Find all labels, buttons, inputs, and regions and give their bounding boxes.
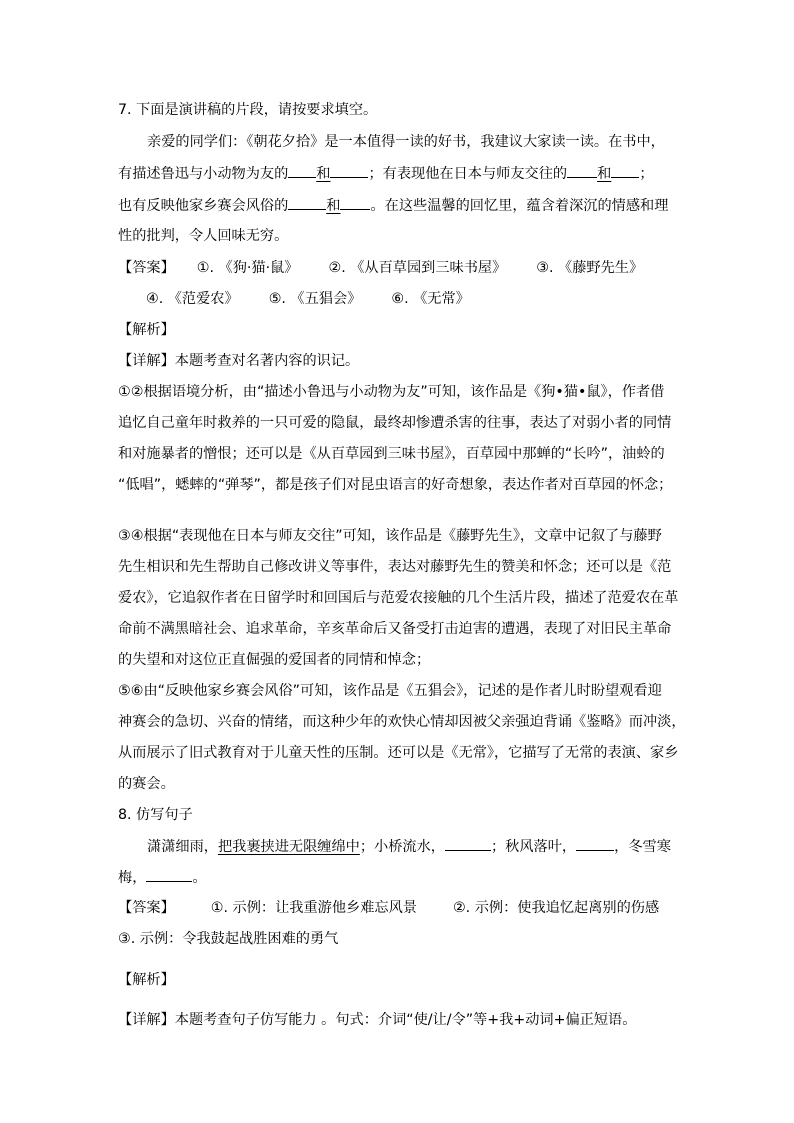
q7-detail-para1-line: 和对施暴者的憎恨；还可以是《从百草园到三味书屋》，百草园中那蝉的“长吟”，油蛉的 <box>118 444 665 464</box>
answer-label: 【答案】 <box>118 260 175 276</box>
fill-blank-1 <box>445 836 491 851</box>
q8-analysis-label: 【解析】 <box>118 970 175 990</box>
q7-text: 也有反映他家乡赛会风俗的 <box>118 198 288 214</box>
q7-text: 有描述鲁迅与小动物为友的 <box>118 166 288 182</box>
answer-item: ①. 示例：让我重游他乡难忘风景 <box>211 900 417 916</box>
q7-detail-para1-line: ①②根据语境分析，由“描述小鲁迅与小动物为友”可知，该作品是《狗•猫•鼠》，作者… <box>118 382 664 402</box>
q8-example-underlined: 把我裹挟进无限缠绵中 <box>218 839 360 855</box>
fill-blank-3 <box>146 867 192 882</box>
q8-answer-row-1: 【答案】①. 示例：让我重游他乡难忘风景②. 示例：使我追忆起离别的伤感 <box>118 898 659 918</box>
q7-and: 和 <box>326 198 340 214</box>
q8-text: ，冬雪寒 <box>614 839 671 855</box>
q7-detail-para2-line: 的失望和对这位正直倔强的爱国者的同情和悼念； <box>118 650 430 670</box>
q7-text: ； <box>639 166 653 182</box>
q7-paragraph-line-1: 亲爱的同学们：《朝花夕拾》是一本值得一读的好书，我建议大家读一读。在书中， <box>118 132 665 152</box>
q7-detail-para2-line: 爱农》，它追叙作者在日留学时和回国后与范爱农接触的几个生活片段，描述了范爱农在革 <box>118 588 678 608</box>
answer-item: ⑥. 《无常》 <box>391 291 470 307</box>
q7-detail-para3-line: 从而展示了旧式教育对于儿童天性的压制。还可以是《无常》，它描写了无常的表演、家乡 <box>118 743 678 763</box>
q7-and: 和 <box>597 166 611 182</box>
q8-text: 潇潇细雨， <box>147 839 218 855</box>
q8-prompt-line-2: 梅，。 <box>118 867 207 887</box>
q7-text: ；有表现他在日本与师友交往的 <box>368 166 567 182</box>
q7-and: 和 <box>316 166 330 182</box>
q7-detail-para2-line: ③④根据“表现他在日本与师友交往”可知，该作品是《藤野先生》，文章中记叙了与藤野 <box>118 526 662 546</box>
q8-prompt-line-1: 潇潇细雨，把我裹挟进无限缠绵中；小桥流水，；秋风落叶，，冬雪寒 <box>118 836 671 856</box>
q7-title: 7. 下面是演讲稿的片段，请按要求填空。 <box>118 100 377 120</box>
q8-text: 梅， <box>118 870 146 886</box>
q7-paragraph-line-4: 性的批判，令人回味无穷。 <box>118 226 288 246</box>
q7-detail-para2-line: 命前不满黑暗社会、追求革命，辛亥革命后又备受打击迫害的遭遇，表现了对旧民主革命 <box>118 619 671 639</box>
q7-detail-para2-line: 先生相识和先生帮助自己修改讲义等事件，表达对藤野先生的赞美和怀念；还可以是《范 <box>118 557 671 577</box>
answer-item: ①. 《狗·猫·鼠》 <box>197 260 299 276</box>
q7-detail-para1-line: “低唱”，蟋蟀的“弹琴”，都是孩子们对昆虫语言的好奇想象，表达作者对百草园的怀念… <box>118 475 672 495</box>
q7-answer-row-2: ④. 《范爱农》⑤. 《五猖会》⑥. 《无常》 <box>118 289 470 309</box>
answer-item: ④. 《范爱农》 <box>146 291 239 307</box>
answer-item: ②. 《从百草园到三味书屋》 <box>328 260 506 276</box>
q8-text: ；秋风落叶， <box>491 839 576 855</box>
answer-item: ⑤. 《五猖会》 <box>269 291 362 307</box>
answer-label: 【答案】 <box>118 900 175 916</box>
answer-item: ②. 示例：使我追忆起离别的伤感 <box>453 900 659 916</box>
q7-paragraph-line-3: 也有反映他家乡赛会风俗的和。在这些温馨的回忆里，蕴含着深沉的情感和理 <box>118 195 668 215</box>
fill-blank-2 <box>330 163 368 178</box>
fill-blank-5 <box>288 195 326 210</box>
q7-detail-para1-line: 追忆自己童年时救养的一只可爱的隐鼠，最终却惨遭杀害的往事，表达了对弱小者的同情 <box>118 413 671 433</box>
answer-item: ③. 《藤野先生》 <box>536 260 643 276</box>
fill-blank-3 <box>567 163 597 178</box>
q7-paragraph-line-2: 有描述鲁迅与小动物为友的和；有表现他在日本与师友交往的和； <box>118 163 654 183</box>
q7-detail-para3-line: 的赛会。 <box>118 774 175 794</box>
fill-blank-4 <box>611 163 639 178</box>
fill-blank-2 <box>576 836 614 851</box>
q7-detail: 【详解】本题考查对名著内容的识记。 <box>118 351 359 371</box>
fill-blank-6 <box>340 195 370 210</box>
q7-detail-para3-line: ⑤⑥由“反映他家乡赛会风俗”可知，该作品是《五猖会》，记述的是作者儿时盼望观看迎 <box>118 681 662 701</box>
q7-answer-row-1: 【答案】①. 《狗·猫·鼠》②. 《从百草园到三味书屋》③. 《藤野先生》 <box>118 258 643 278</box>
q8-answer-row-2: ③. 示例：令我鼓起战胜困难的勇气 <box>118 929 338 949</box>
q8-detail: 【详解】本题考查句子仿写能力 。句式：介词“使/让/令”等+我+动词+偏正短语。 <box>118 1010 636 1030</box>
q7-text: 。在这些温馨的回忆里，蕴含着深沉的情感和理 <box>370 198 668 214</box>
q8-text: ；小桥流水， <box>360 839 445 855</box>
q8-text: 。 <box>192 870 206 886</box>
q7-detail-para3-line: 神赛会的急切、兴奋的情绪，而这种少年的欢快心情却因被父亲强迫背诵《鉴略》而冲淡， <box>118 712 686 732</box>
q7-analysis-label: 【解析】 <box>118 320 175 340</box>
fill-blank-1 <box>288 163 316 178</box>
q8-title: 8. 仿写句子 <box>118 805 193 825</box>
